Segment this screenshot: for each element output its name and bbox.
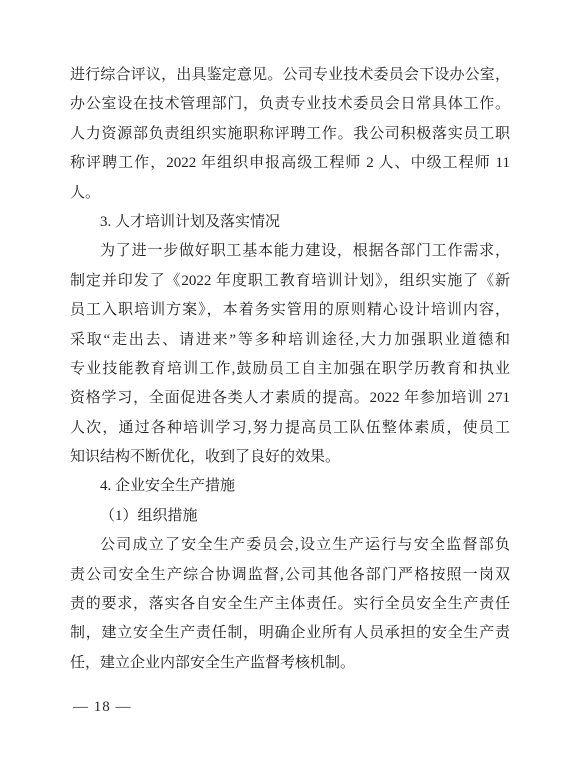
text-line: 采取“走出去、请进来”等多种培训途径,大力加强职业道德和 (70, 326, 510, 355)
section-heading: （1）组织措施 (70, 502, 510, 531)
text-line: 人力资源部负责组织实施职称评聘工作。我公司积极落实员工职 (70, 120, 510, 149)
text-line: 专业技能教育培训工作,鼓励员工自主加强在职学历教育和执业 (70, 355, 510, 384)
text-line: 为了进一步做好职工基本能力建设，根据各部门工作需求， (70, 237, 510, 266)
text-line: 公司成立了安全生产委员会,设立生产运行与安全监督部负 (70, 531, 510, 560)
document-body: 进行综合评议，出具鉴定意见。公司专业技术委员会下设办公室，办公室设在技术管理部门… (70, 61, 510, 678)
text-line: 进行综合评议，出具鉴定意见。公司专业技术委员会下设办公室， (70, 61, 510, 90)
section-heading: 4. 企业安全生产措施 (70, 472, 510, 501)
text-line: 制定并印发了《2022 年度职工教育培训计划》，组织实施了《新 (70, 267, 510, 296)
text-line: 称评聘工作，2022 年组织申报高级工程师 2 人、中级工程师 11 (70, 149, 510, 178)
text-line: 知识结构不断优化，收到了良好的效果。 (70, 443, 510, 472)
text-line: 员工入职培训方案》，本着务实管用的原则精心设计培训内容， (70, 296, 510, 325)
text-line: 制，建立安全生产责任制，明确企业所有人员承担的安全生产责 (70, 619, 510, 648)
text-line: 责的要求，落实各自安全生产主体责任。实行全员安全生产责任 (70, 590, 510, 619)
text-line: 人次，通过各种培训学习,努力提高员工队伍整体素质，使员工 (70, 414, 510, 443)
section-heading: 3. 人才培训计划及落实情况 (70, 208, 510, 237)
text-line: 办公室设在技术管理部门，负责专业技术委员会日常具体工作。 (70, 90, 510, 119)
text-line: 人。 (70, 179, 510, 208)
text-line: 责公司安全生产综合协调监督,公司其他各部门严格按照一岗双 (70, 561, 510, 590)
page-number: — 18 — (73, 696, 132, 718)
text-line: 任，建立企业内部安全生产监督考核机制。 (70, 649, 510, 678)
text-line: 资格学习，全面促进各类人才素质的提高。2022 年参加培训 271 (70, 384, 510, 413)
document-page: 进行综合评议，出具鉴定意见。公司专业技术委员会下设办公室，办公室设在技术管理部门… (0, 0, 579, 783)
